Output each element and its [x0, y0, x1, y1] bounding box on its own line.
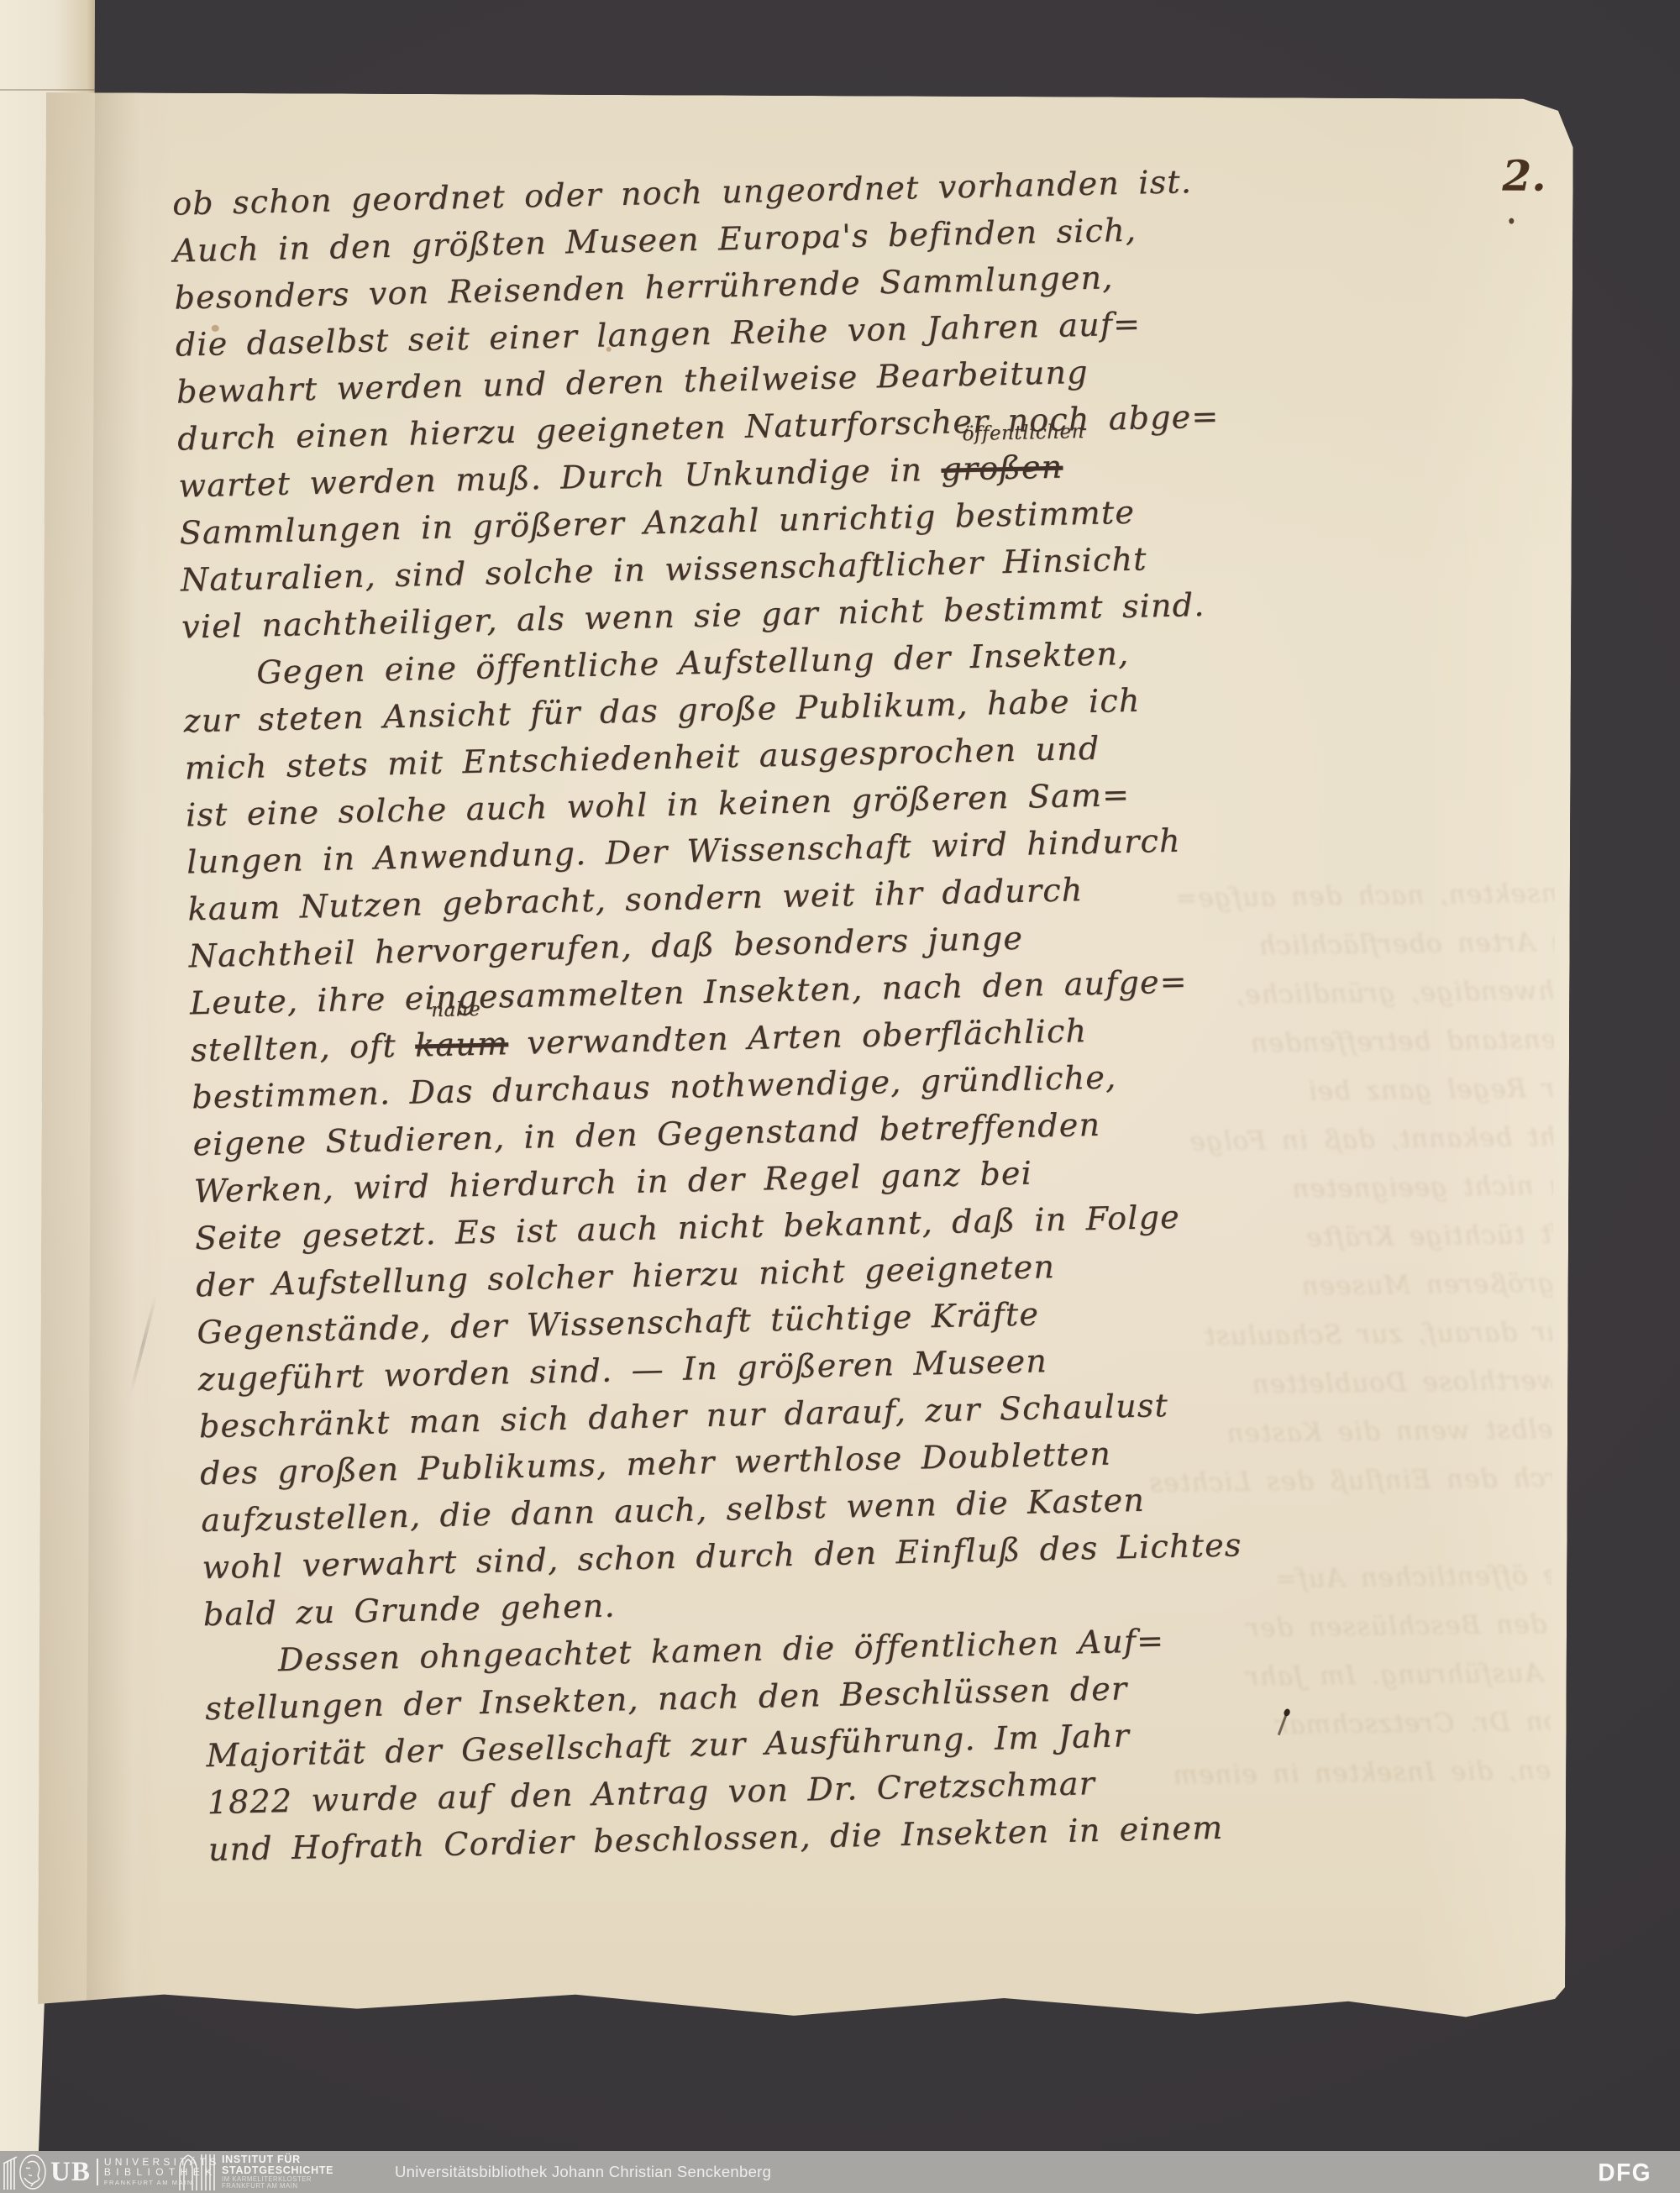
ub-logo-text: UB — [50, 2157, 91, 2188]
binding-crease — [87, 92, 154, 2017]
struck-word: großen — [941, 449, 1063, 488]
foxing-spot — [212, 325, 219, 332]
institut-caption-line: STADTGESCHICHTE — [222, 2165, 333, 2176]
folio-number: 2. — [1473, 150, 1574, 201]
photo-backdrop: 2. ob schon geordnet oder noch ungeordne… — [0, 0, 1680, 2193]
manuscript-page: 2. ob schon geordnet oder noch ungeordne… — [38, 92, 1573, 2024]
ink-bleedthrough: Leute, ihre eingesammelten Insekten, nac… — [1067, 869, 1555, 2072]
logo-divider — [97, 2159, 98, 2185]
goethe-head-icon — [18, 2153, 48, 2191]
library-credit: Universitätsbibliothek Johann Christian … — [395, 2151, 771, 2193]
interlinear-insertion: öffentlichen — [962, 422, 1084, 444]
ink-bleedthrough-text: Leute, ihre eingesammelten Insekten, nac… — [1067, 869, 1555, 1804]
dfg-logo: DFG — [1598, 2150, 1651, 2193]
institut-logo: INSTITUT FÜR STADTGESCHICHTE IM KARMELIT… — [176, 2151, 333, 2193]
institut-caption-line: INSTITUT FÜR — [222, 2154, 333, 2165]
karmeliterkloster-arch-icon — [176, 2153, 215, 2191]
correction: nahekaum — [415, 1020, 509, 1068]
institut-caption-line: FRANKFURT AM MAIN — [222, 2183, 333, 2190]
footer-bar: UB UNIVERSITÄTS BIBLIOTHEK FRANKFURT AM … — [0, 2151, 1680, 2193]
interlinear-insertion: nahe — [431, 1000, 480, 1020]
institut-logo-caption: INSTITUT FÜR STADTGESCHICHTE IM KARMELIT… — [222, 2154, 333, 2190]
ink-dot — [1509, 218, 1514, 224]
foxing-spot — [606, 347, 612, 352]
correction: öffentlichengroßen — [941, 443, 1063, 493]
struck-word: kaum — [415, 1025, 509, 1063]
book-spines-icon — [3, 2154, 18, 2190]
